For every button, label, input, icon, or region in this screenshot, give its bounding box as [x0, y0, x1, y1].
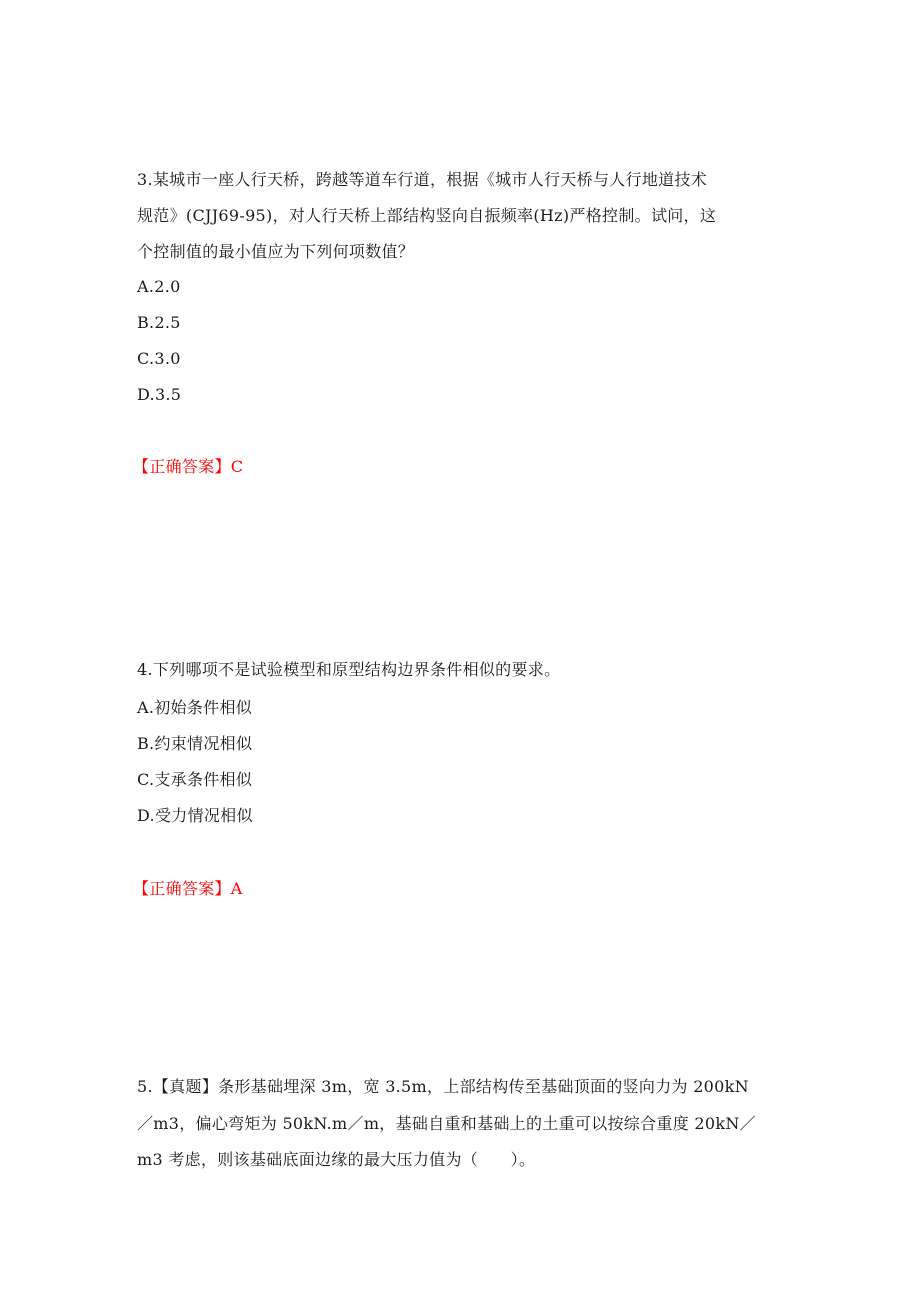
question-3-option-c: C.3.0: [137, 349, 181, 369]
question-3-text-line-1: 3.某城市一座人行天桥，跨越等道车行道，根据《城市人行天桥与人行地道技术: [137, 170, 707, 190]
question-5-text-line-1: 5.【真题】条形基础埋深 3m，宽 3.5m，上部结构传至基础顶面的竖向力为 2…: [137, 1077, 749, 1097]
question-3-text-line-2: 规范》(CJJ69-95)，对人行天桥上部结构竖向自振频率(Hz)严格控制。试问…: [137, 206, 716, 226]
document-page: 3.某城市一座人行天桥，跨越等道车行道，根据《城市人行天桥与人行地道技术 规范》…: [0, 0, 920, 1302]
question-3-option-a: A.2.0: [137, 277, 181, 297]
question-4-option-a: A.初始条件相似: [137, 698, 252, 718]
question-4-option-b: B.约束情况相似: [137, 734, 252, 754]
question-4-option-d: D.受力情况相似: [137, 806, 253, 826]
question-4-correct-answer: 【正确答案】A: [133, 879, 243, 899]
question-5-text-line-2: ／m3，偏心弯矩为 50kN.m／m，基础自重和基础上的土重可以按综合重度 20…: [137, 1114, 756, 1134]
question-4-text-line-1: 4.下列哪项不是试验模型和原型结构边界条件相似的要求。: [137, 660, 560, 680]
question-3-option-d: D.3.5: [137, 385, 181, 405]
question-3-option-b: B.2.5: [137, 313, 181, 333]
question-5-text-line-3: m3 考虑，则该基础底面边缘的最大压力值为（ ）。: [137, 1150, 535, 1170]
question-3-text-line-3: 个控制值的最小值应为下列何项数值？: [137, 242, 414, 262]
question-4-option-c: C.支承条件相似: [137, 770, 252, 790]
question-3-correct-answer: 【正确答案】C: [133, 457, 243, 477]
